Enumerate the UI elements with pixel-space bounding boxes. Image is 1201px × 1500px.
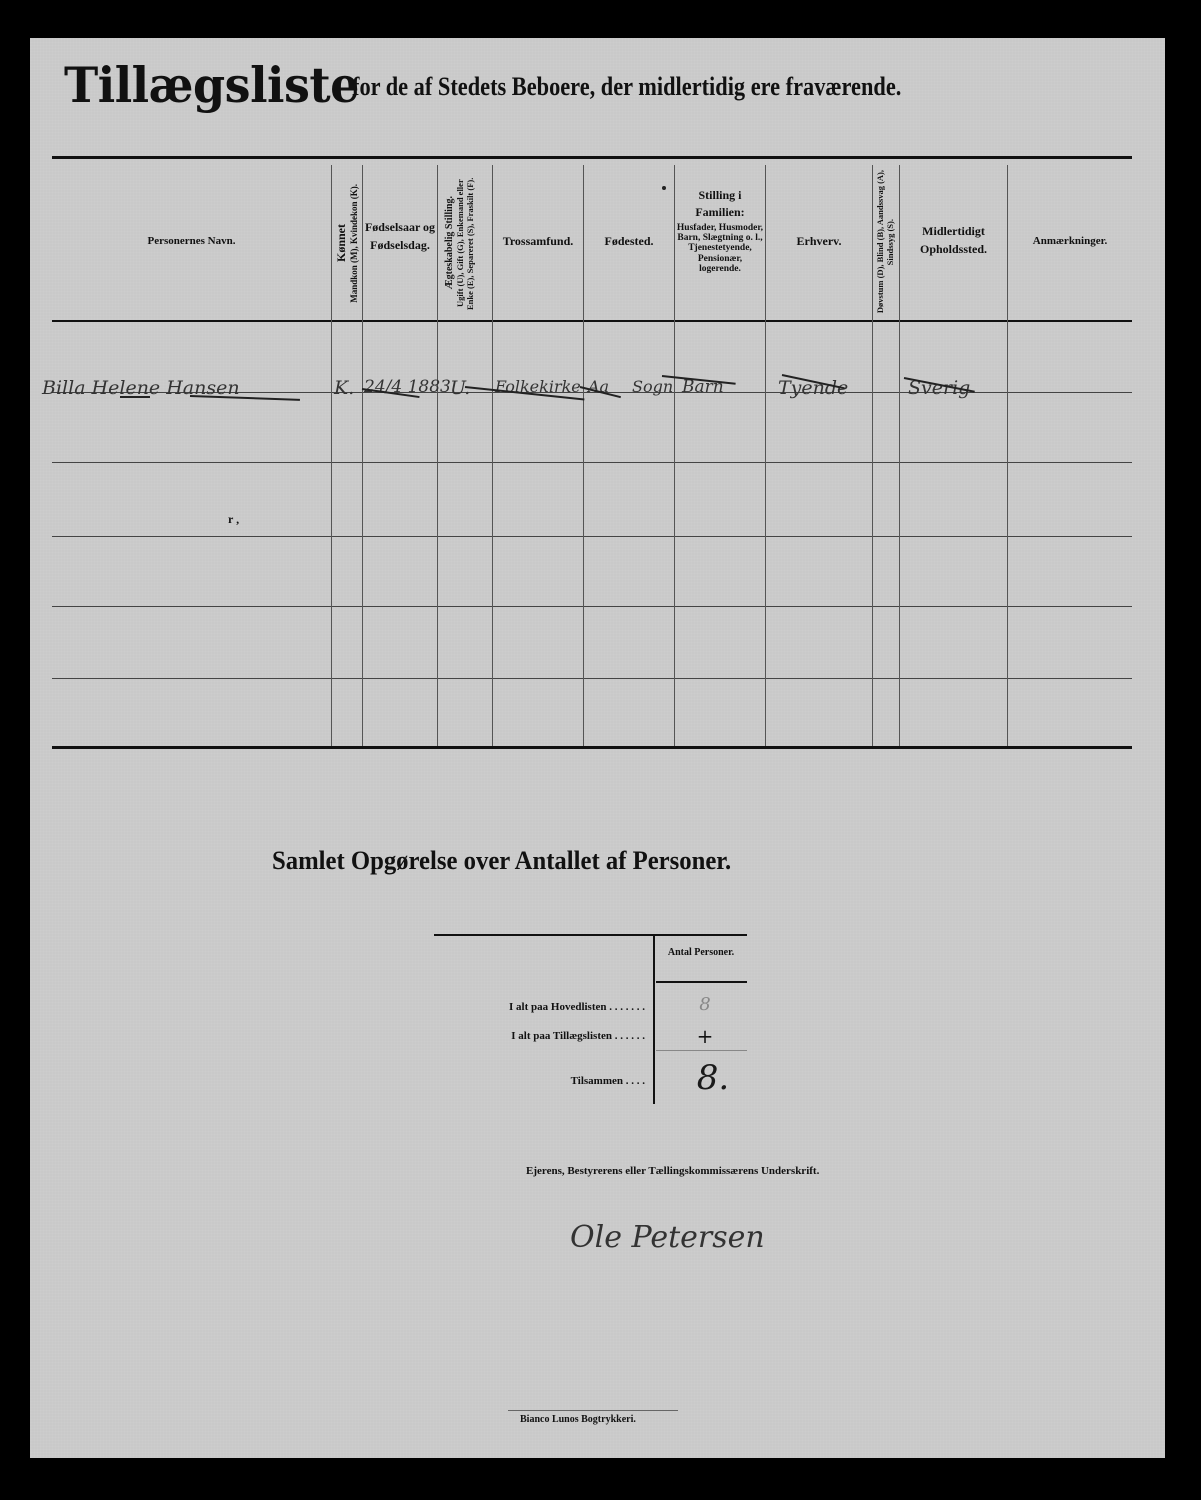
header-marital: Ægteskabelig Stilling. Ugift (U), Gift (… bbox=[439, 168, 491, 318]
header-sex: Kønnet Mandkon (M), Kvindekon (K). bbox=[333, 168, 361, 318]
header-remarks: Anmærkninger. bbox=[1008, 235, 1132, 248]
column-divider bbox=[1007, 165, 1008, 746]
form-title-main: Tillægsliste bbox=[64, 57, 359, 114]
summary-vertical-rule bbox=[653, 936, 655, 1104]
column-divider bbox=[583, 165, 584, 746]
column-divider bbox=[492, 165, 493, 746]
signature-label: Ejerens, Bestyrerens eller Tællingskommi… bbox=[526, 1165, 819, 1177]
header-disability-sub: Sindssyg (S). bbox=[886, 219, 896, 265]
summary-value-total: 8. bbox=[688, 1058, 738, 1098]
title-rest-text: for de af Stedets Beboere, der midlertid… bbox=[352, 72, 780, 101]
title-emphasis: fraværende. bbox=[786, 72, 902, 101]
cell-birthplace-b: Sogn bbox=[632, 377, 673, 396]
header-disability: Døvstum (D), Blind (B), Aandssvag (A), S… bbox=[873, 166, 899, 318]
summary-top-rule bbox=[434, 934, 747, 936]
column-divider bbox=[765, 165, 766, 746]
summary-value-supplement: + bbox=[690, 1024, 720, 1048]
table-bottom-rule bbox=[52, 746, 1132, 749]
ink-dot bbox=[662, 186, 666, 190]
column-divider bbox=[674, 165, 675, 746]
form-title-subtitle: for de af Stedets Beboere, der midlertid… bbox=[352, 72, 901, 102]
summary-label-total: Tilsammen . . . . bbox=[435, 1075, 645, 1087]
header-name: Personernes Navn. bbox=[52, 235, 331, 248]
summary-value-main: 8 bbox=[690, 994, 720, 1015]
header-family: Stilling i Familien: Husfader, Husmoder,… bbox=[676, 187, 764, 275]
row-rule bbox=[52, 678, 1132, 679]
header-birth: Fødselsaar og Fødselsdag. bbox=[364, 218, 436, 254]
column-divider bbox=[331, 165, 332, 746]
header-sex-top: Kønnet bbox=[335, 224, 349, 262]
printer-credit: Bianco Lunos Bogtrykkeri. bbox=[520, 1414, 636, 1425]
signature-name: Ole Petersen bbox=[570, 1220, 765, 1255]
header-family-sub: Husfader, Husmoder, Barn, Slægtning o. l… bbox=[676, 223, 764, 275]
header-bottom-rule bbox=[52, 320, 1132, 322]
summary-label-main: I alt paa Hovedlisten . . . . . . . bbox=[435, 1001, 645, 1013]
summary-row-rule bbox=[656, 1050, 747, 1051]
summary-label-supplement: I alt paa Tillægslisten . . . . . . bbox=[435, 1030, 645, 1042]
stray-ink-mark: r , bbox=[228, 512, 239, 527]
header-religion: Trossamfund. bbox=[493, 235, 583, 249]
header-family-top: Stilling i Familien: bbox=[676, 187, 764, 221]
header-occupation: Erhverv. bbox=[766, 235, 872, 249]
row-rule bbox=[52, 606, 1132, 607]
header-sex-sub: Mandkon (M), Kvindekon (K). bbox=[349, 184, 359, 303]
printer-rule bbox=[508, 1410, 678, 1411]
header-birthplace: Fødested. bbox=[584, 235, 674, 249]
summary-col-header: Antal Personer. bbox=[656, 945, 746, 960]
header-marital-sub: Ugift (U), Gift (G), Enkemand eller Enke… bbox=[456, 171, 486, 316]
strike-mark bbox=[120, 396, 150, 398]
table-top-rule bbox=[52, 156, 1132, 159]
row-rule bbox=[52, 462, 1132, 463]
column-divider bbox=[437, 165, 438, 746]
cell-sex: K. bbox=[334, 377, 354, 399]
header-residence: Midlertidigt Opholdssted. bbox=[900, 222, 1007, 258]
row-rule bbox=[52, 536, 1132, 537]
column-divider bbox=[362, 165, 363, 746]
summary-title: Samlet Opgørelse over Antallet af Person… bbox=[272, 846, 731, 876]
summary-header-rule bbox=[656, 981, 747, 983]
